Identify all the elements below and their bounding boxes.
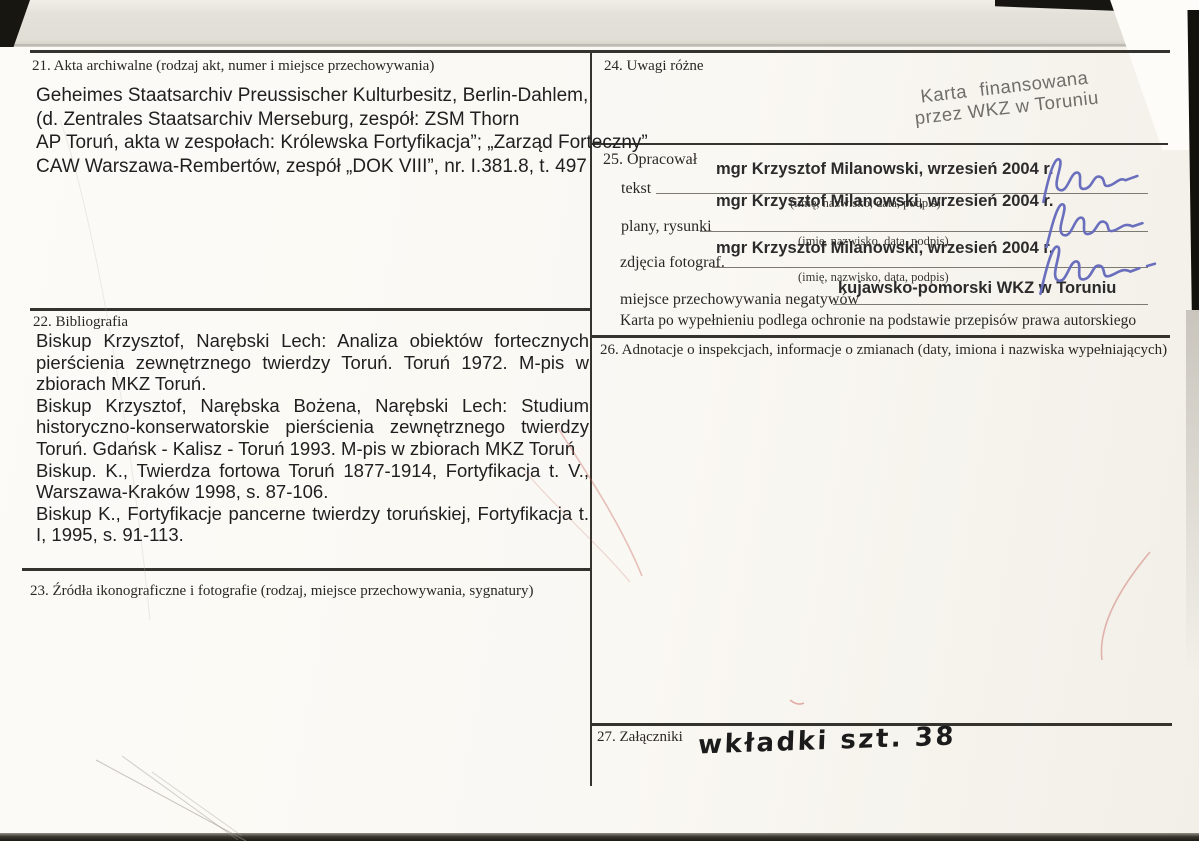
- rule-above-section-23: [22, 568, 590, 571]
- bibliography-entry: Biskup. K., Twierdza fortowa Toruń 1877-…: [36, 460, 589, 503]
- section-25-label: 25. Opracował: [603, 151, 697, 169]
- author-text-value: mgr Krzysztof Milanowski, wrzesień 2004 …: [716, 160, 1053, 179]
- scan-top-edge-shadow: [0, 44, 1199, 46]
- archive-line: AP Toruń, akta w zespołach: Królewska Fo…: [36, 131, 648, 155]
- section-24-label: 24. Uwagi różne: [604, 58, 704, 75]
- archive-line: (d. Zentrales Staatsarchiv Merseburg, ze…: [36, 108, 648, 132]
- author-photos-value: mgr Krzysztof Milanowski, wrzesień 2004 …: [716, 239, 1053, 258]
- rule-above-section-22: [30, 308, 590, 311]
- row-label-tekst: tekst: [621, 180, 651, 198]
- row-label-plany-rysunki: plany, rysunki: [621, 218, 712, 236]
- author-plans-value: mgr Krzysztof Milanowski, wrzesień 2004 …: [716, 192, 1053, 211]
- bibliography-entry: Biskup Krzysztof, Narębski Lech: Analiza…: [36, 330, 589, 395]
- section-26-label: 26. Adnotacje o inspekcjach, informacje …: [600, 342, 1167, 359]
- section-21-label: 21. Akta archiwalne (rodzaj akt, numer i…: [32, 58, 434, 75]
- scanned-record-card: 21. Akta archiwalne (rodzaj akt, numer i…: [0, 0, 1199, 841]
- signature-line: [833, 304, 1148, 305]
- copyright-note: Karta po wypełnieniu podlega ochronie na…: [620, 312, 1136, 330]
- archive-line: Geheimes Staatsarchiv Preussischer Kultu…: [36, 84, 648, 108]
- scan-right-edge-fade: [1186, 310, 1199, 710]
- section-27-label: 27. Załączniki: [597, 729, 683, 746]
- bibliography-entry: Biskup Krzysztof, Narębska Bożena, Naręb…: [36, 395, 589, 460]
- negatives-storage-label: miejsce przechowywania negatywów: [620, 291, 859, 309]
- rule-above-section-26: [592, 335, 1170, 338]
- section-22-label: 22. Bibliografia: [33, 314, 128, 331]
- row-label-zdjecia: zdjęcia fotograf.: [620, 254, 725, 272]
- rule-above-section-25: [592, 143, 1168, 145]
- section-22-content: Biskup Krzysztof, Narębski Lech: Analiza…: [36, 330, 589, 546]
- section-23-label: 23. Źródła ikonograficzne i fotografie (…: [30, 583, 534, 600]
- bibliography-entry: Biskup K., Fortyfikacje pancerne twierdz…: [36, 503, 589, 546]
- section-21-content: Geheimes Staatsarchiv Preussischer Kultu…: [36, 84, 648, 178]
- signature-ink: [1034, 236, 1158, 296]
- table-top-rule: [30, 50, 1170, 53]
- scan-dark-bottom-edge: [0, 833, 1199, 841]
- archive-line: CAW Warszawa-Rembertów, zespół „DOK VIII…: [36, 155, 648, 179]
